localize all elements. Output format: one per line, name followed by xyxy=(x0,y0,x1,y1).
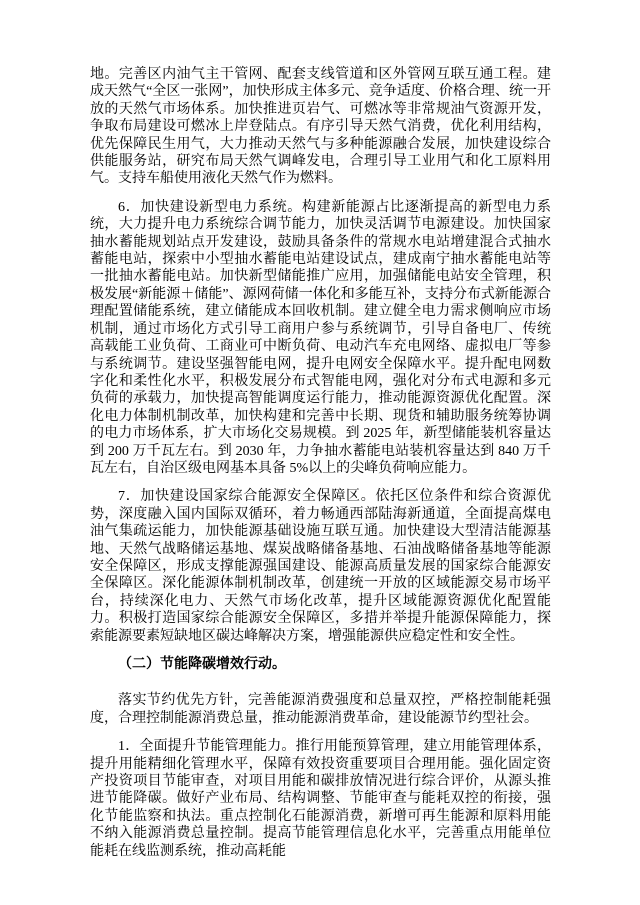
body-paragraph-continuation: 地。完善区内油气主干管网、配套支线管道和区外管网互联互通工程。建成天然气“全区一… xyxy=(90,66,551,188)
section-intro-paragraph: 落实节约优先方针，完善能源消费强度和总量双控，严格控制能耗强度，合理控制能源消费… xyxy=(90,692,551,727)
body-paragraph-item-7: 7．加快建设国家综合能源安全保障区。依托区位条件和综合资源优势，深度融入国内国际… xyxy=(90,488,551,645)
section-heading: （二）节能降碳增效行动。 xyxy=(90,656,551,673)
body-paragraph-item-1: 1．全面提升节能管理能力。推行用能预算管理，建立用能管理体系，提升用能精细化管理… xyxy=(90,738,551,860)
document-page: 地。完善区内油气主干管网、配套支线管道和区外管网互联互通工程。建成天然气“全区一… xyxy=(0,0,640,905)
body-paragraph-item-6: 6．加快建设新型电力系统。构建新能源占比逐渐提高的新型电力系统，大力提升电力系统… xyxy=(90,199,551,478)
